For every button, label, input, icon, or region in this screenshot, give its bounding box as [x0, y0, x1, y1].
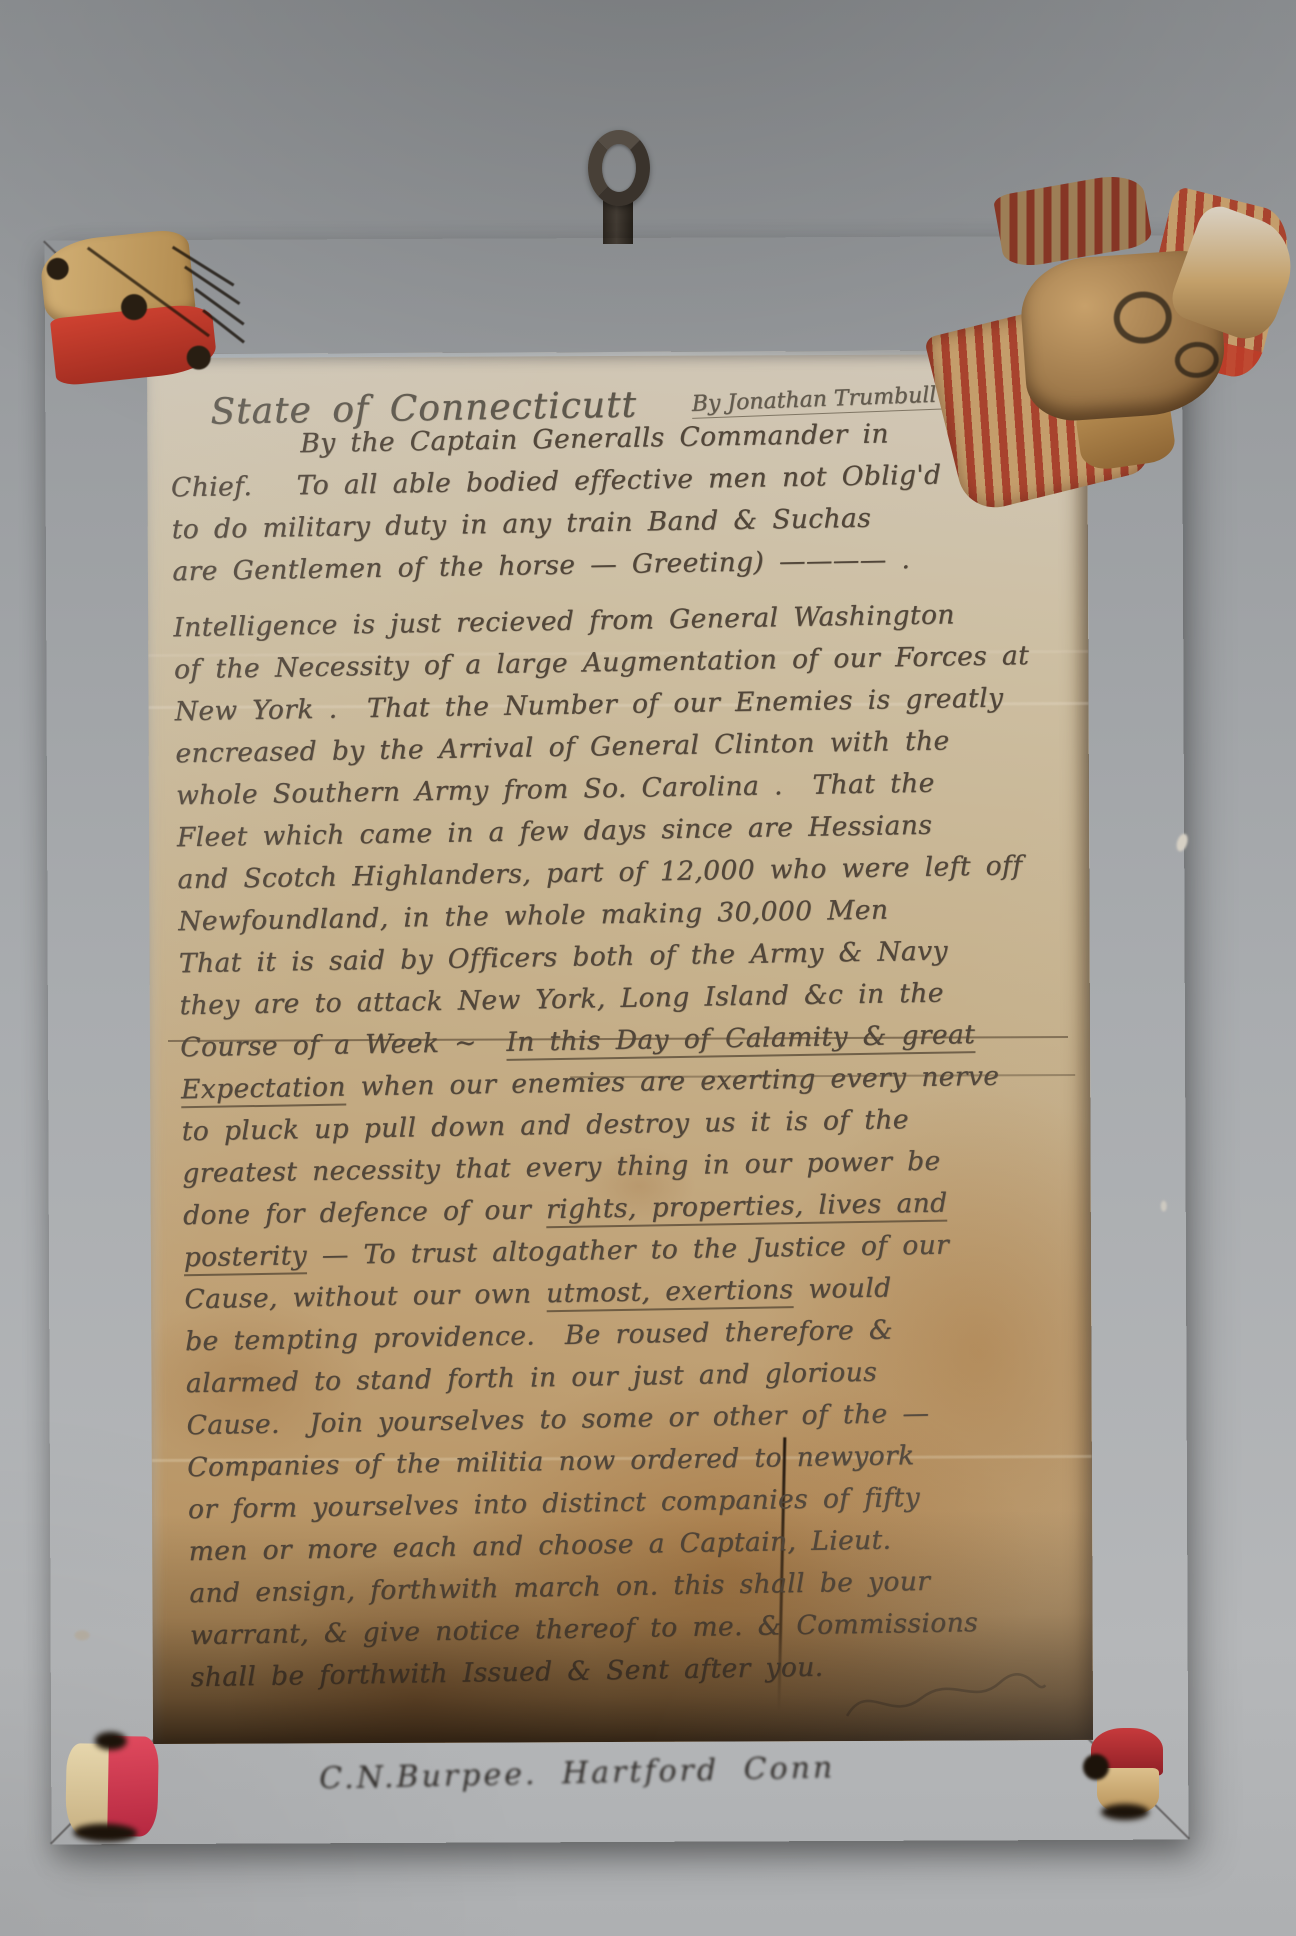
document-body: By the Captain Generalls Commander inChi… [170, 411, 1075, 1699]
wood-scuff [1161, 1201, 1167, 1212]
ribbon-smudge [95, 1732, 127, 1751]
wood-scuff [1175, 832, 1190, 852]
document-paper: State of ConnecticuttBy Jonathan Trumbul… [147, 350, 1093, 1744]
ribbon-cream-band [65, 1743, 113, 1836]
ribbon-top-left [26, 220, 284, 429]
photo-canvas: { "scene": { "type": "photograph", "subj… [0, 0, 1296, 1936]
ribbon-bow-top-right [938, 143, 1296, 458]
ribbon-red-band [107, 1736, 159, 1837]
wood-scuff [75, 1630, 90, 1640]
ribbon-smudge [1083, 1754, 1109, 1780]
handwritten-text: State of ConnecticuttBy Jonathan Trumbul… [147, 350, 1093, 1700]
ribbon-ink-mark [1112, 290, 1173, 346]
ribbon-ink-mark [1174, 340, 1220, 379]
mat-inscription: C.N.Burpee. Hartford Conn [319, 1746, 1040, 1797]
document-heading: State of ConnecticuttBy Jonathan Trumbul… [169, 359, 1054, 426]
ribbon-smudge [73, 1823, 137, 1842]
ribbon-bottom-left [65, 1735, 163, 1845]
ribbon-bottom-right [1085, 1728, 1171, 1824]
hanging-ring [588, 130, 650, 206]
ribbon-smudge [1101, 1804, 1149, 1820]
